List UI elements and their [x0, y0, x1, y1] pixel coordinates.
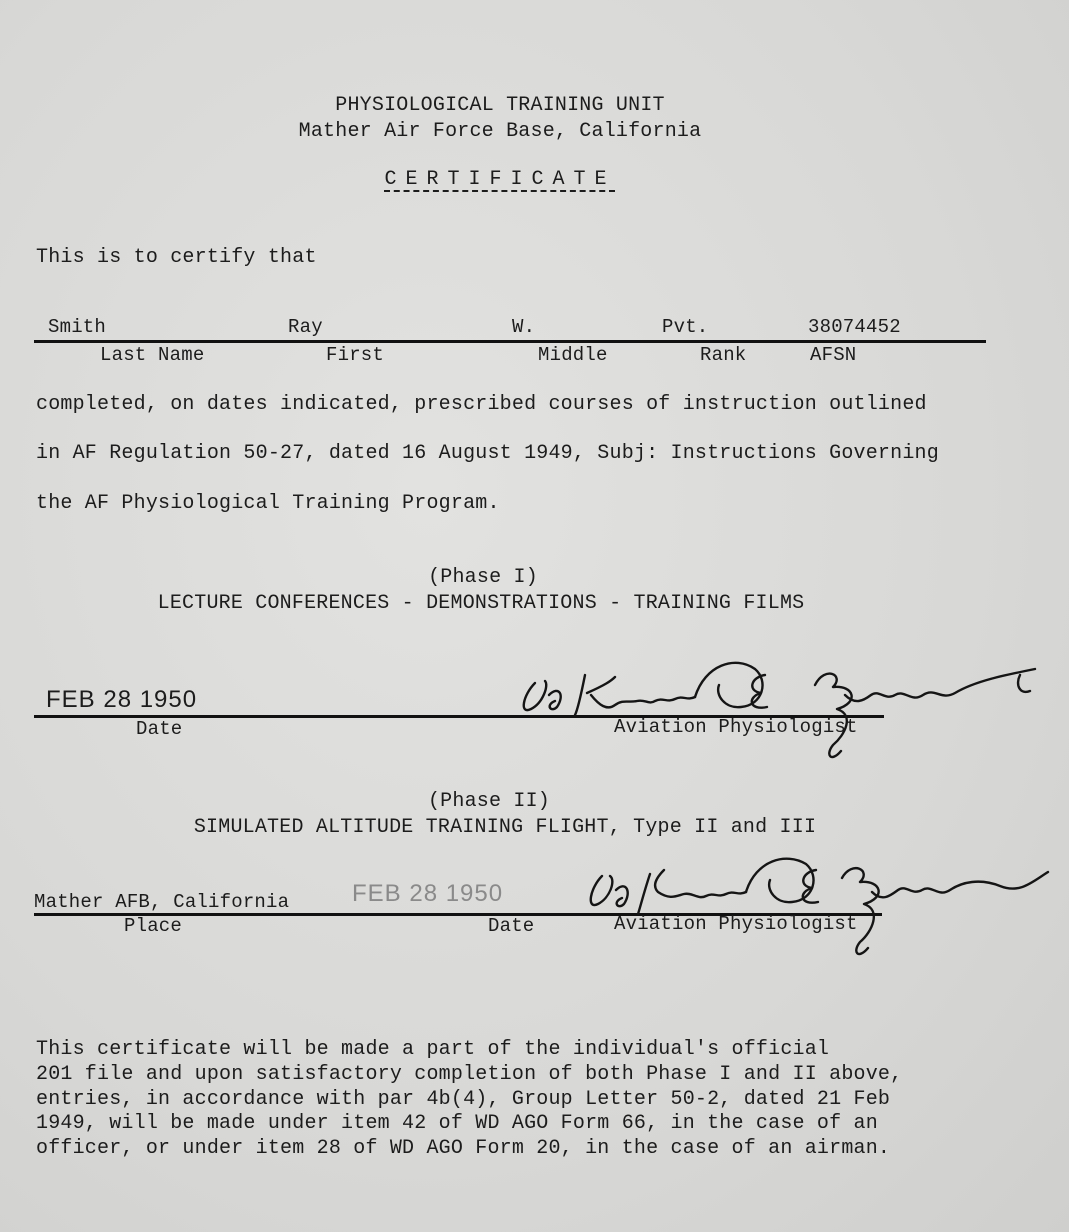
- phase1-heading: (Phase I): [0, 566, 966, 589]
- name-underline: [34, 340, 986, 343]
- first-name-value: Ray: [288, 316, 323, 338]
- afsn-label: AFSN: [810, 344, 856, 366]
- unit-heading: PHYSIOLOGICAL TRAINING UNIT: [0, 94, 1000, 117]
- footer-line-2: 201 file and upon satisfactory completio…: [36, 1063, 902, 1086]
- phase2-place-label: Place: [124, 915, 182, 937]
- phase1-date-label: Date: [136, 718, 182, 740]
- footer-line-1: This certificate will be made a part of …: [36, 1038, 829, 1061]
- afsn-value: 38074452: [808, 316, 901, 338]
- rank-value: Pvt.: [662, 316, 708, 338]
- certificate-page: PHYSIOLOGICAL TRAINING UNIT Mather Air F…: [0, 0, 1069, 1232]
- body-line-3: the AF Physiological Training Program.: [36, 492, 500, 515]
- middle-name-label: Middle: [538, 344, 608, 366]
- last-name-label: Last Name: [100, 344, 204, 366]
- footer-line-5: officer, or under item 28 of WD AGO Form…: [36, 1137, 890, 1160]
- phase2-signature-icon: [580, 852, 1060, 962]
- phase1-date-stamp: FEB 28 1950: [46, 686, 197, 714]
- phase1-signature-icon: [515, 655, 1045, 765]
- phase2-date-label: Date: [488, 915, 534, 937]
- intro-text: This is to certify that: [36, 246, 317, 269]
- footer-line-4: 1949, will be made under item 42 of WD A…: [36, 1112, 878, 1135]
- rank-label: Rank: [700, 344, 746, 366]
- phase2-date-stamp: FEB 28 1950: [352, 880, 503, 908]
- phase2-place-value: Mather AFB, California: [34, 891, 289, 913]
- footer-line-3: entries, in accordance with par 4b(4), G…: [36, 1088, 890, 1111]
- phase1-subheading: LECTURE CONFERENCES - DEMONSTRATIONS - T…: [0, 592, 962, 615]
- certificate-title: CERTIFICATE: [0, 168, 1000, 191]
- first-name-label: First: [326, 344, 384, 366]
- base-heading: Mather Air Force Base, California: [0, 120, 1000, 143]
- middle-initial-value: W.: [512, 316, 535, 338]
- body-line-1: completed, on dates indicated, prescribe…: [36, 393, 927, 416]
- phase2-subheading: SIMULATED ALTITUDE TRAINING FLIGHT, Type…: [0, 816, 1010, 839]
- body-line-2: in AF Regulation 50-27, dated 16 August …: [36, 442, 939, 465]
- last-name-value: Smith: [48, 316, 106, 338]
- phase2-heading: (Phase II): [0, 790, 978, 813]
